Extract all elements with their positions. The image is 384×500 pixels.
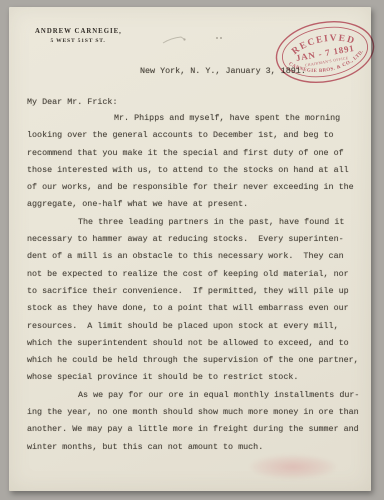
letter-line: which he could be held through the super…: [27, 352, 369, 369]
letter-body: Mr. Phipps and myself, have spent the mo…: [27, 110, 369, 456]
letter-line: The three leading partners in the past, …: [27, 214, 369, 231]
letter-line: aggregate, one-half what we have at pres…: [27, 196, 369, 213]
letter-line: necessary to hammer away at reducing sto…: [27, 231, 369, 248]
letter-line: Mr. Phipps and myself, have spent the mo…: [27, 110, 369, 127]
letterhead-name: ANDREW CARNEGIE,: [35, 28, 121, 35]
salutation: My Dear Mr. Frick:: [27, 97, 117, 107]
letter-line: dent of a mill is an obstacle to this ne…: [27, 248, 369, 265]
received-stamp: RECEIVED JAN - 7 1891 CHAIRMAN'S OFFICE …: [268, 10, 382, 93]
letter-line: those interested with us, to attend to t…: [27, 162, 369, 179]
letter-line: stock as they have done, to a point that…: [27, 300, 369, 317]
letter-line: looking over the general accounts to Dec…: [27, 127, 369, 144]
letterhead: ANDREW CARNEGIE, 5 WEST 51ST ST.: [35, 28, 121, 44]
letter-line: to sacrifice their convenience. If permi…: [27, 283, 369, 300]
letter-page: ANDREW CARNEGIE, 5 WEST 51ST ST. New Yor…: [9, 7, 371, 491]
letter-line: recommend that you make it the special a…: [27, 145, 369, 162]
letterhead-address: 5 WEST 51ST ST.: [35, 38, 121, 44]
letter-line: of our works, and be responsible for the…: [27, 179, 369, 196]
letter-line: winter months, but this can not amount t…: [27, 439, 369, 456]
pencil-mark: [161, 29, 231, 49]
letter-line: As we pay for our ore in equal monthly i…: [27, 387, 369, 404]
letter-line: whose special province it should be to r…: [27, 369, 369, 386]
letter-line: which the superintendent should not be a…: [27, 335, 369, 352]
letter-line: ing the year, no one month should show m…: [27, 404, 369, 421]
letter-line: resources. A limit should be placed upon…: [27, 318, 369, 335]
letter-line: not be expected to realize the cost of k…: [27, 266, 369, 283]
ink-smudge: [250, 455, 336, 479]
letter-line: another. We may pay a little more in fre…: [27, 421, 369, 438]
